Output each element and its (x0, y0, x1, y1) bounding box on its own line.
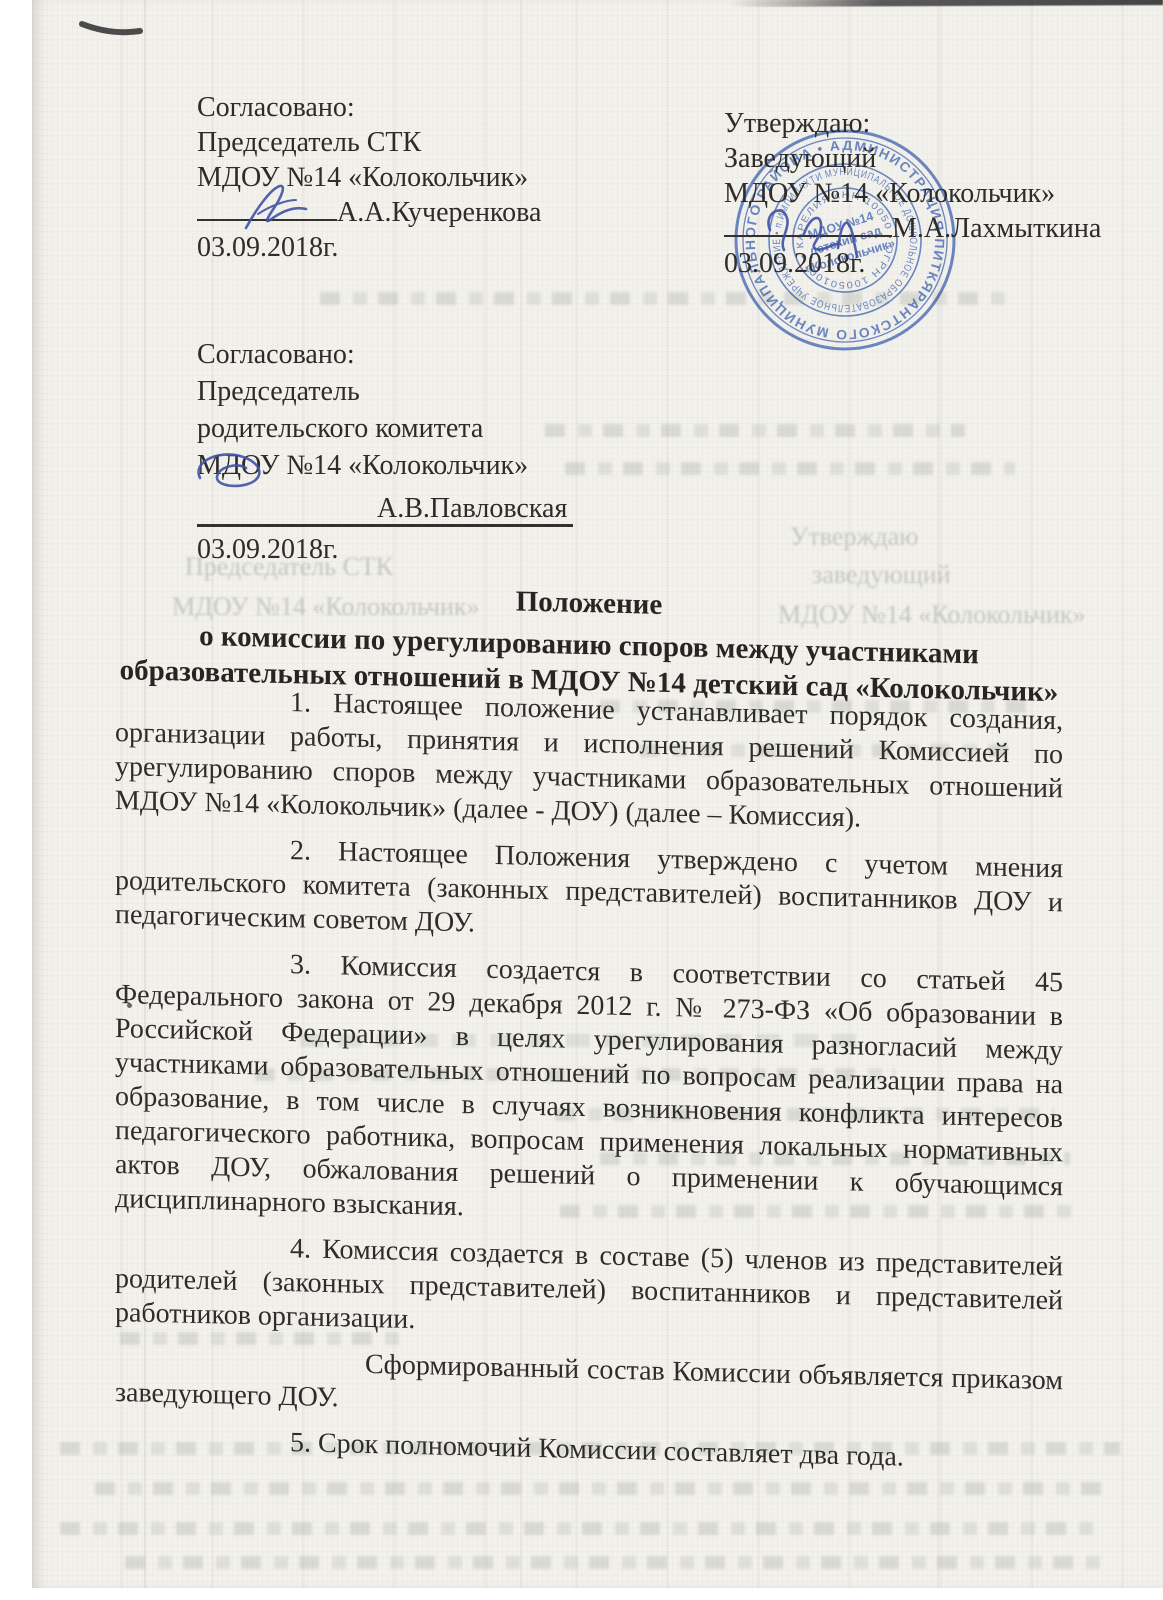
approver-name: М.А.Лахмыткина (892, 213, 1101, 244)
approver-role: Председатель СТК (197, 125, 541, 160)
approver-name: А.А.Кучеренкова (337, 197, 541, 228)
approval-label: Согласовано: (197, 90, 541, 125)
ghost-text-line (60, 1522, 1100, 1535)
scanned-document-page: { "document": { "approve_stk": { "line1"… (0, 0, 1163, 1600)
date: 03.09.2018г. (197, 531, 573, 568)
approver-role: Председатель (197, 373, 573, 410)
paragraph: Сформированный состав Комиссии объявляет… (115, 1342, 1063, 1432)
ghost-text-line (565, 462, 1015, 475)
ghost-text-line (545, 424, 965, 437)
document-body: 1. Настоящее положение устанавливает пор… (115, 682, 1063, 1490)
pen-mark (74, 14, 154, 48)
ghost-text: заведующий (812, 560, 951, 590)
approver-role: Заведующий (724, 141, 1101, 176)
ghost-text-line (125, 1556, 1100, 1569)
paragraph: 2. Настоящее Положения утверждено с учет… (115, 830, 1063, 954)
paragraph: 1. Настоящее положение устанавливает пор… (115, 682, 1063, 840)
signature-mark-kucherenkova (236, 176, 331, 236)
approval-label: Утверждаю: (724, 106, 1101, 141)
ghost-text: Утверждаю (790, 522, 919, 552)
approval-label: Согласовано: (197, 336, 573, 373)
approver-name: А.В.Павловская (377, 493, 567, 524)
approver-role2: родительского комитета (197, 410, 573, 447)
paragraph: 3. Комиссия создается в соответствии со … (115, 944, 1063, 1238)
signature-mark-pavlovskaya (190, 446, 275, 496)
paragraph: 5. Срок полномочий Комиссии составляет д… (115, 1422, 1063, 1478)
signature-mark-lakhmytkina (756, 196, 881, 258)
paragraph: 4. Комиссия создается в составе (5) член… (115, 1228, 1063, 1352)
